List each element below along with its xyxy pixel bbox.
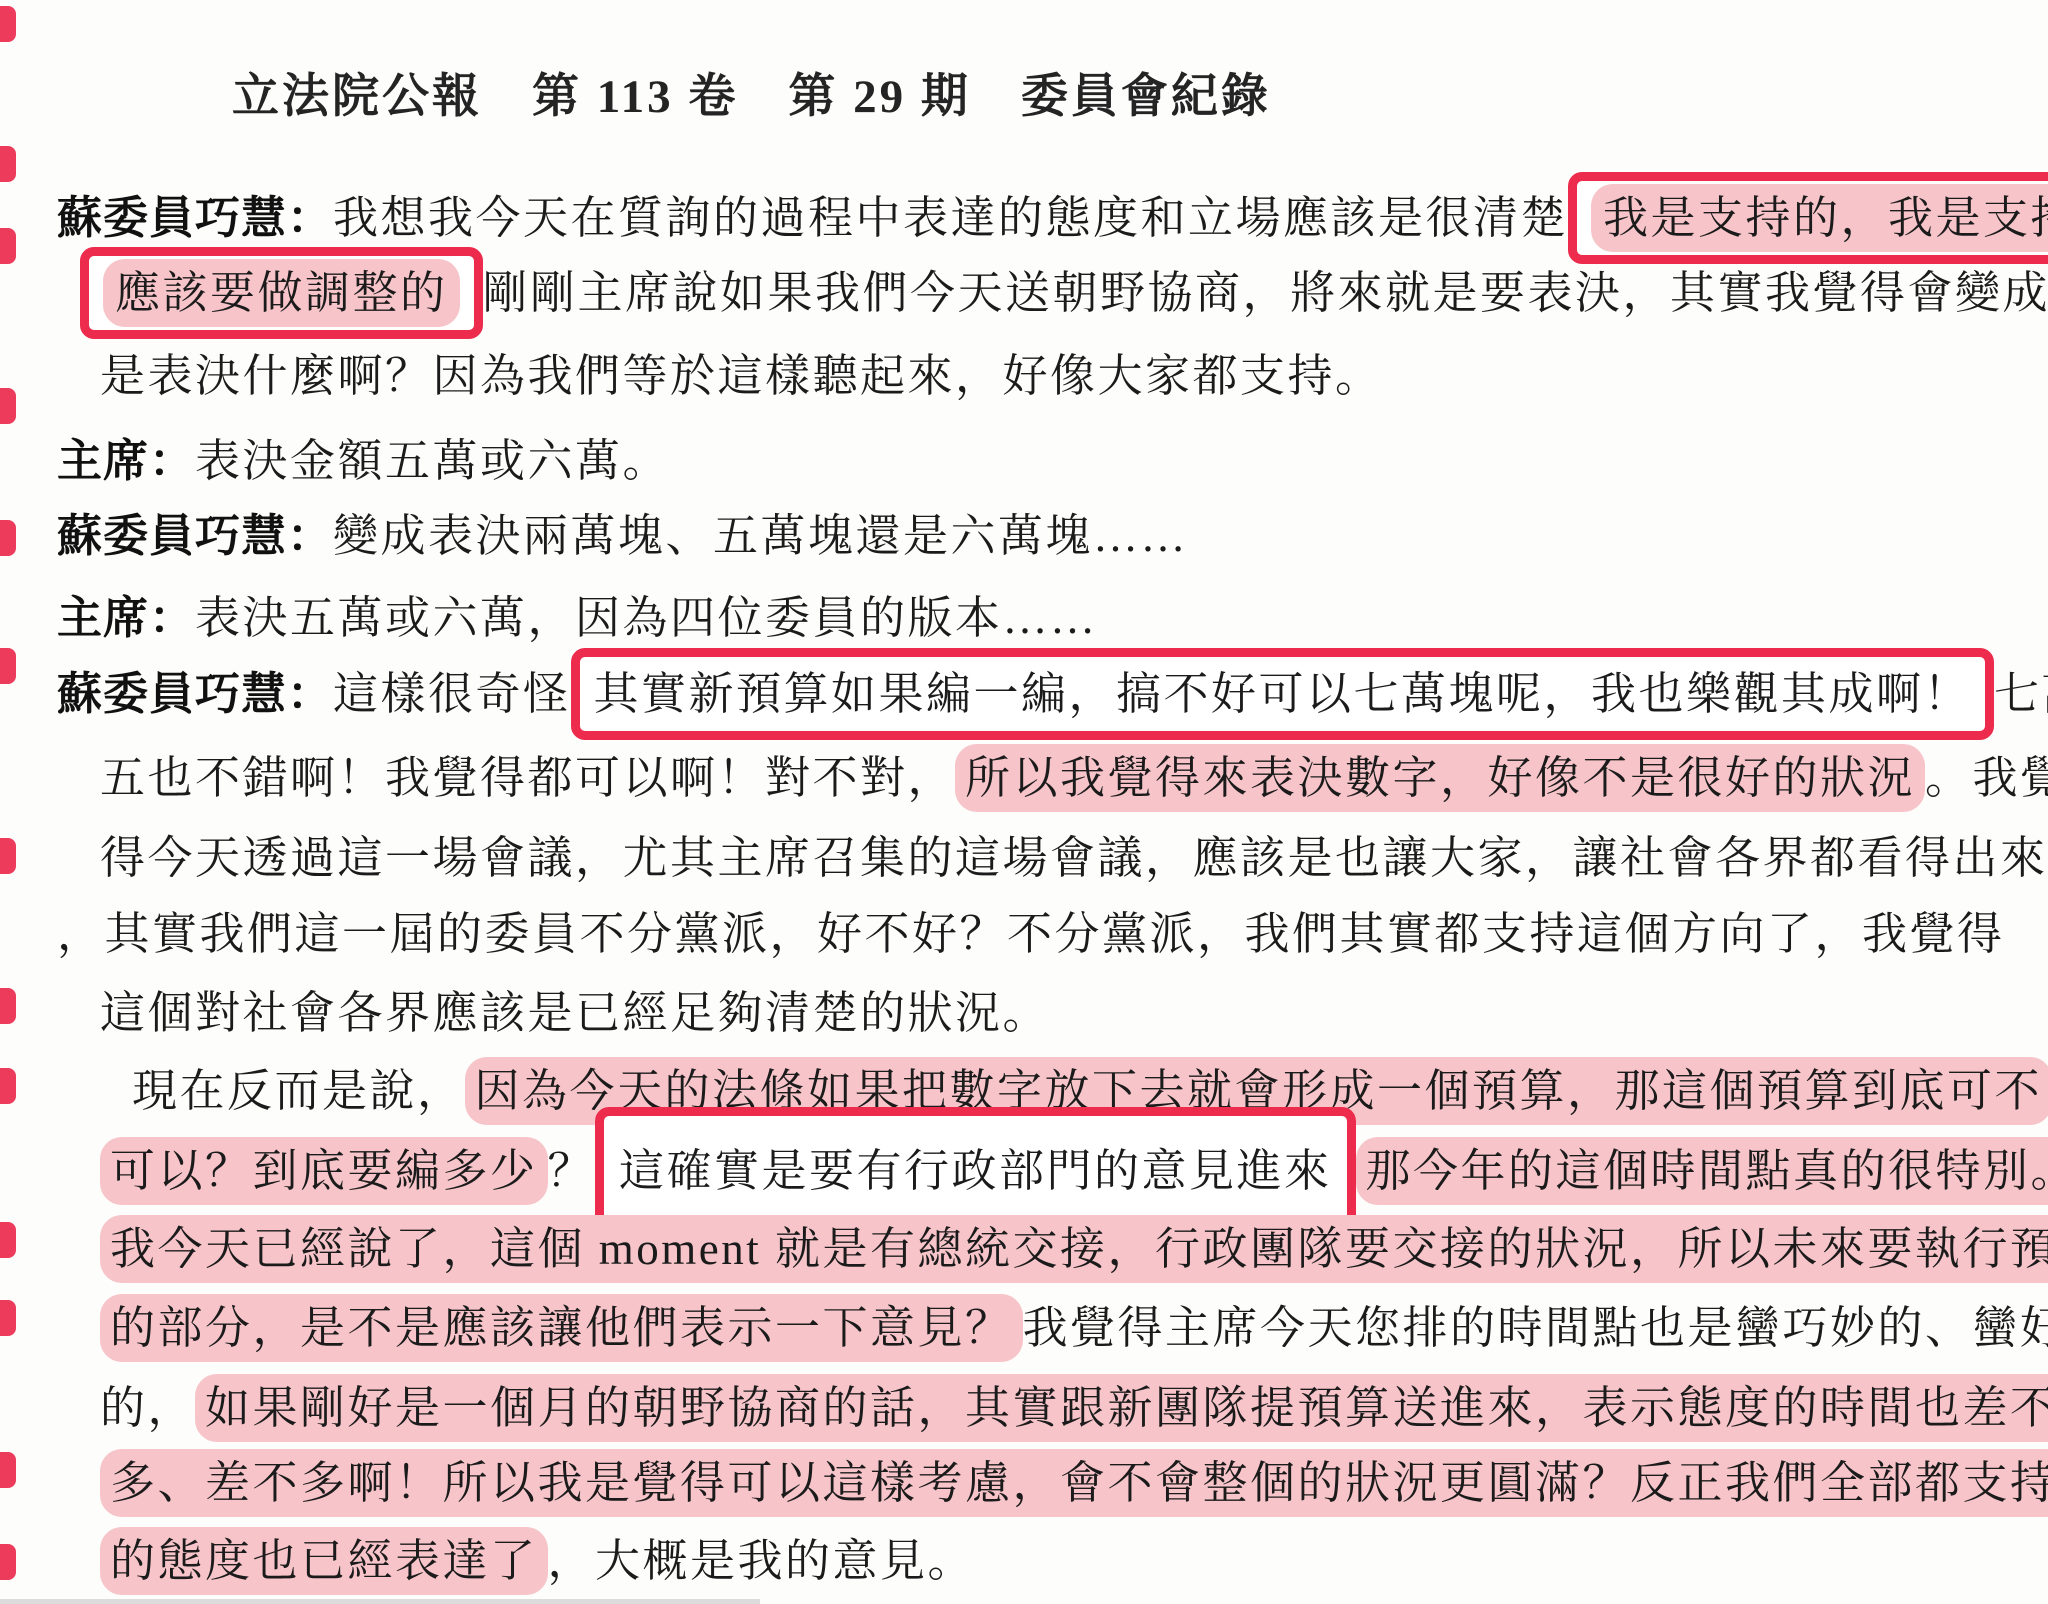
- text-line: 蘇委員巧慧：我想我今天在質詢的過程中表達的態度和立場應該是很清楚我是支持的，我是…: [57, 190, 2048, 246]
- body-text: ，大概是我的意見。: [548, 1536, 976, 1586]
- text-line: ，其實我們這一屆的委員不分黨派，好不好？不分黨派，我們其實都支持這個方向了，我覺…: [57, 906, 2005, 962]
- text-line: 可以？到底要編多少？這確實是要有行政部門的意見進來那今年的這個時間點真的很特別。: [100, 1143, 2048, 1199]
- highlighted-text: 如果剛好是一個月的朝野協商的話，其實跟新團隊提預算送進來，表示態度的時間也差不: [195, 1374, 2048, 1442]
- body-text: ，其實我們這一屆的委員不分黨派，好不好？不分黨派，我們其實都支持這個方向了，我覺…: [57, 909, 2005, 959]
- speaker-name: 蘇委員巧慧：: [57, 668, 333, 719]
- scan-edge-artifact: [0, 1599, 760, 1604]
- text-line: 蘇委員巧慧：變成表決兩萬塊、五萬塊還是六萬塊……: [57, 508, 1188, 564]
- red-edge-mark: [0, 1300, 16, 1336]
- text-line: 五也不錯啊！我覺得都可以啊！對不對，所以我覺得來表決數字，好像不是很好的狀況。我…: [100, 750, 2048, 806]
- body-text: 現在反而是說，: [132, 1066, 465, 1116]
- body-text: 是表決什麼啊？因為我們等於這樣聽起來，好像大家都支持。: [100, 351, 1383, 401]
- body-text: 表決金額五萬或六萬。: [195, 436, 670, 486]
- highlighted-text: 可以？到底要編多少: [100, 1137, 548, 1205]
- highlighted-text: 我是支持的，我是支持: [1591, 184, 2048, 252]
- red-edge-mark: [0, 228, 16, 264]
- text-line: 主席：表決五萬或六萬，因為四位委員的版本……: [57, 590, 1098, 646]
- body-text: 表決五萬或六萬，因為四位委員的版本……: [195, 593, 1098, 643]
- body-text: ？: [548, 1146, 596, 1196]
- red-edge-mark: [0, 1544, 16, 1580]
- highlighted-text: 所以我覺得來表決數字，好像不是很好的狀況: [955, 744, 1925, 812]
- body-text: 。我覺: [1925, 753, 2048, 803]
- body-text: 我覺得主席今天您排的時間點也是蠻巧妙的、蠻好: [1023, 1303, 2048, 1353]
- text-line: 主席：表決金額五萬或六萬。: [57, 433, 670, 489]
- red-edge-mark: [0, 6, 16, 42]
- speaker-name: 蘇委員巧慧：: [57, 510, 333, 561]
- red-box-annotation: 其實新預算如果編一編，搞不好可以七萬塊呢，我也樂觀其成啊！: [571, 648, 1995, 740]
- body-text: 的，: [100, 1383, 195, 1433]
- text-line: 這個對社會各界應該是已經足夠清楚的狀況。: [100, 985, 1050, 1041]
- highlighted-text: 的部分，是不是應該讓他們表示一下意見？: [100, 1294, 1023, 1362]
- text-line: 得今天透過這一場會議，尤其主席召集的這場會議，應該是也讓大家，讓社會各界都看得出…: [100, 830, 2048, 886]
- red-edge-mark: [0, 1068, 16, 1104]
- red-edge-mark: [0, 838, 16, 874]
- red-edge-mark: [0, 388, 16, 424]
- red-box-annotation: 應該要做調整的: [80, 247, 483, 339]
- body-text: 剛剛主席說如果我們今天送朝野協商，將來就是要表決，其實我覺得會變成: [483, 268, 2048, 318]
- red-edge-mark: [0, 520, 16, 556]
- red-edge-mark: [0, 988, 16, 1024]
- page-title: 立法院公報 第 113 卷 第 29 期 委員會紀錄: [232, 59, 1271, 126]
- highlighted-text: 應該要做調整的: [103, 259, 460, 327]
- text-line: 蘇委員巧慧：這樣很奇怪其實新預算如果編一編，搞不好可以七萬塊呢，我也樂觀其成啊！…: [57, 666, 2048, 722]
- text-line: 應該要做調整的剛剛主席說如果我們今天送朝野協商，將來就是要表決，其實我覺得會變成: [80, 265, 2048, 321]
- red-edge-mark: [0, 146, 16, 182]
- body-text: 這樣很奇怪: [333, 669, 571, 719]
- speaker-name: 主席：: [57, 435, 195, 486]
- red-box-annotation: 我是支持的，我是支持: [1568, 172, 2048, 264]
- speaker-name: 主席：: [57, 592, 195, 643]
- body-text: 五也不錯啊！我覺得都可以啊！對不對，: [100, 753, 955, 803]
- highlighted-text: 我今天已經說了，這個 moment 就是有總統交接，行政團隊要交接的狀況，所以未…: [100, 1215, 2048, 1283]
- text-line: 的，如果剛好是一個月的朝野協商的話，其實跟新團隊提預算送進來，表示態度的時間也差…: [100, 1380, 2048, 1436]
- text-line: 是表決什麼啊？因為我們等於這樣聽起來，好像大家都支持。: [100, 348, 1383, 404]
- body-text: 得今天透過這一場會議，尤其主席召集的這場會議，應該是也讓大家，讓社會各界都看得出…: [100, 833, 2048, 883]
- text-line: 多、差不多啊！所以我是覺得可以這樣考慮，會不會整個的狀況更圓滿？反正我們全部都支…: [100, 1455, 2048, 1511]
- body-text: 七萬: [1994, 669, 2048, 719]
- highlighted-text: 多、差不多啊！所以我是覺得可以這樣考慮，會不會整個的狀況更圓滿？反正我們全部都支…: [100, 1449, 2048, 1517]
- speaker-name: 蘇委員巧慧：: [57, 192, 333, 243]
- highlighted-text: 那今年的這個時間點真的很特別。: [1356, 1137, 2048, 1205]
- body-text: 我想我今天在質詢的過程中表達的態度和立場應該是很清楚: [333, 193, 1568, 243]
- highlighted-text: 的態度也已經表達了: [100, 1527, 548, 1595]
- body-text: 變成表決兩萬塊、五萬塊還是六萬塊……: [333, 511, 1188, 561]
- red-edge-mark: [0, 1452, 16, 1488]
- text-line: 的態度也已經表達了，大概是我的意見。: [100, 1533, 975, 1589]
- red-edge-mark: [0, 1222, 16, 1258]
- body-text: 這個對社會各界應該是已經足夠清楚的狀況。: [100, 988, 1050, 1038]
- text-line: 我今天已經說了，這個 moment 就是有總統交接，行政團隊要交接的狀況，所以未…: [100, 1221, 2048, 1277]
- red-edge-mark: [0, 648, 16, 684]
- text-line: 的部分，是不是應該讓他們表示一下意見？我覺得主席今天您排的時間點也是蠻巧妙的、蠻…: [100, 1300, 2048, 1356]
